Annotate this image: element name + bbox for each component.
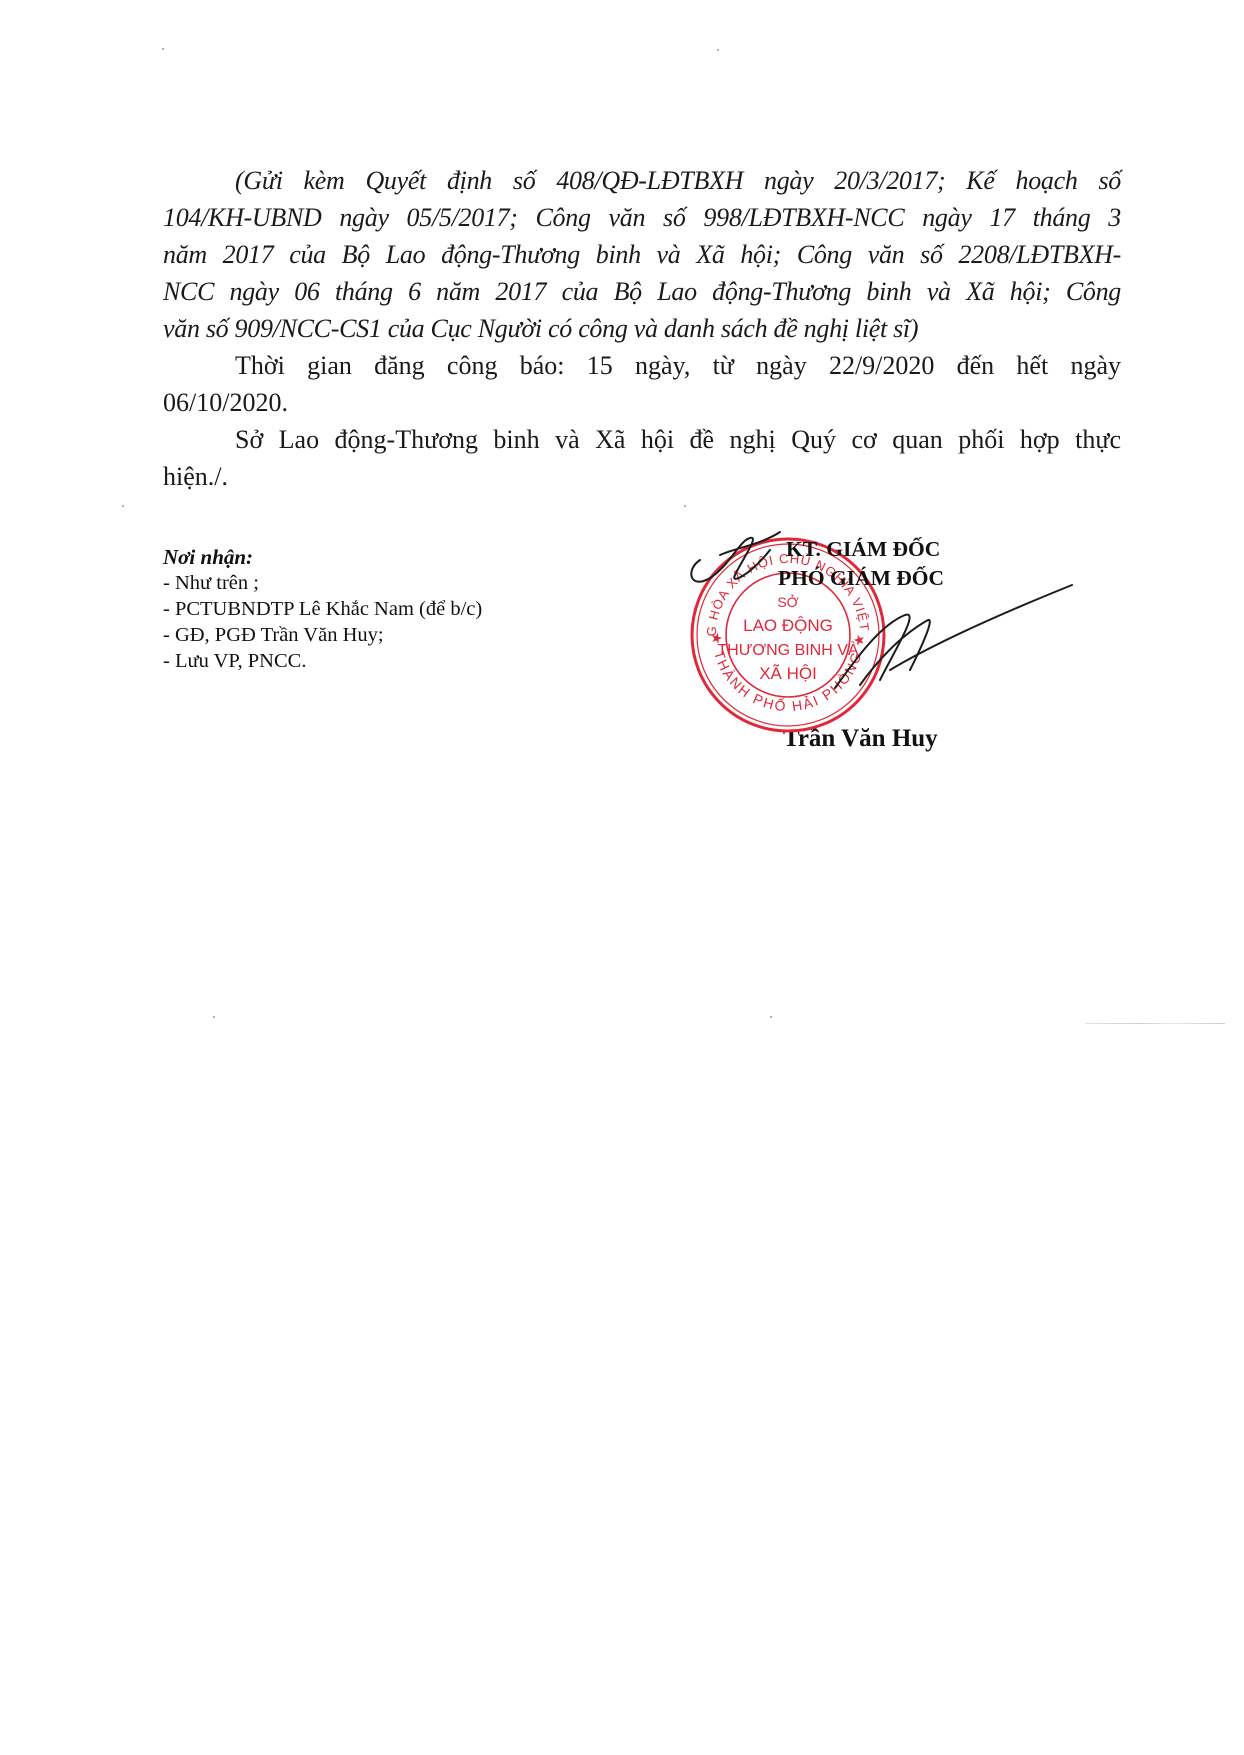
recipient-item: - Như trên ; (163, 570, 482, 596)
attachment-paragraph: (Gửi kèm Quyết định số 408/QĐ-LĐTBXH ngà… (163, 162, 1121, 347)
svg-text:THƯƠNG BINH VÀ: THƯƠNG BINH VÀ (717, 640, 859, 659)
recipient-item: - Lưu VP, PNCC. (163, 648, 482, 674)
publication-period-paragraph: Thời gian đăng công báo: 15 ngày, từ ngà… (163, 347, 1121, 421)
signature-title-line1: KT. GIÁM ĐỐC (786, 537, 940, 562)
svg-text:SỞ: SỞ (777, 593, 798, 610)
paragraph-line: 104/KH-UBND ngày 05/5/2017; Công văn số … (163, 199, 1121, 236)
closing-paragraph: Sở Lao động-Thương binh và Xã hội đề ngh… (163, 421, 1121, 495)
recipients-block: Nơi nhận: - Như trên ; - PCTUBNDTP Lê Kh… (163, 544, 482, 674)
recipients-title: Nơi nhận: (163, 544, 482, 570)
scan-speck (717, 49, 719, 51)
signature-title-line2: PHÓ GIÁM ĐỐC (778, 566, 944, 591)
paragraph-line: Sở Lao động-Thương binh và Xã hội đề ngh… (163, 421, 1121, 458)
scan-speck (162, 48, 164, 50)
paragraph-line: văn số 909/NCC-CS1 của Cục Người có công… (163, 310, 1121, 347)
paragraph-line: 06/10/2020. (163, 384, 1121, 421)
paragraph-line: năm 2017 của Bộ Lao động-Thương binh và … (163, 236, 1121, 273)
recipient-item: - GĐ, PGĐ Trần Văn Huy; (163, 622, 482, 648)
scan-speck (213, 1016, 215, 1018)
scan-speck (684, 505, 686, 507)
paragraph-line: hiện./. (163, 458, 1121, 495)
svg-text:XÃ HỘI: XÃ HỘI (759, 664, 817, 683)
scan-speck (122, 505, 124, 507)
paragraph-line: (Gửi kèm Quyết định số 408/QĐ-LĐTBXH ngà… (163, 162, 1121, 199)
official-red-stamp: CỘNG HÒA XÃ HỘI CHỦ NGHĨA VIỆT NAM ★ THÀ… (688, 535, 888, 735)
scan-speck (770, 1016, 772, 1018)
paragraph-line: NCC ngày 06 tháng 6 năm 2017 của Bộ Lao … (163, 273, 1121, 310)
svg-text:LAO ĐỘNG: LAO ĐỘNG (743, 616, 833, 635)
paragraph-line: Thời gian đăng công báo: 15 ngày, từ ngà… (163, 347, 1121, 384)
scan-artifact-line (1085, 1023, 1225, 1024)
recipient-item: - PCTUBNDTP Lê Khắc Nam (để b/c) (163, 596, 482, 622)
document-page: (Gửi kèm Quyết định số 408/QĐ-LĐTBXH ngà… (0, 0, 1244, 1755)
